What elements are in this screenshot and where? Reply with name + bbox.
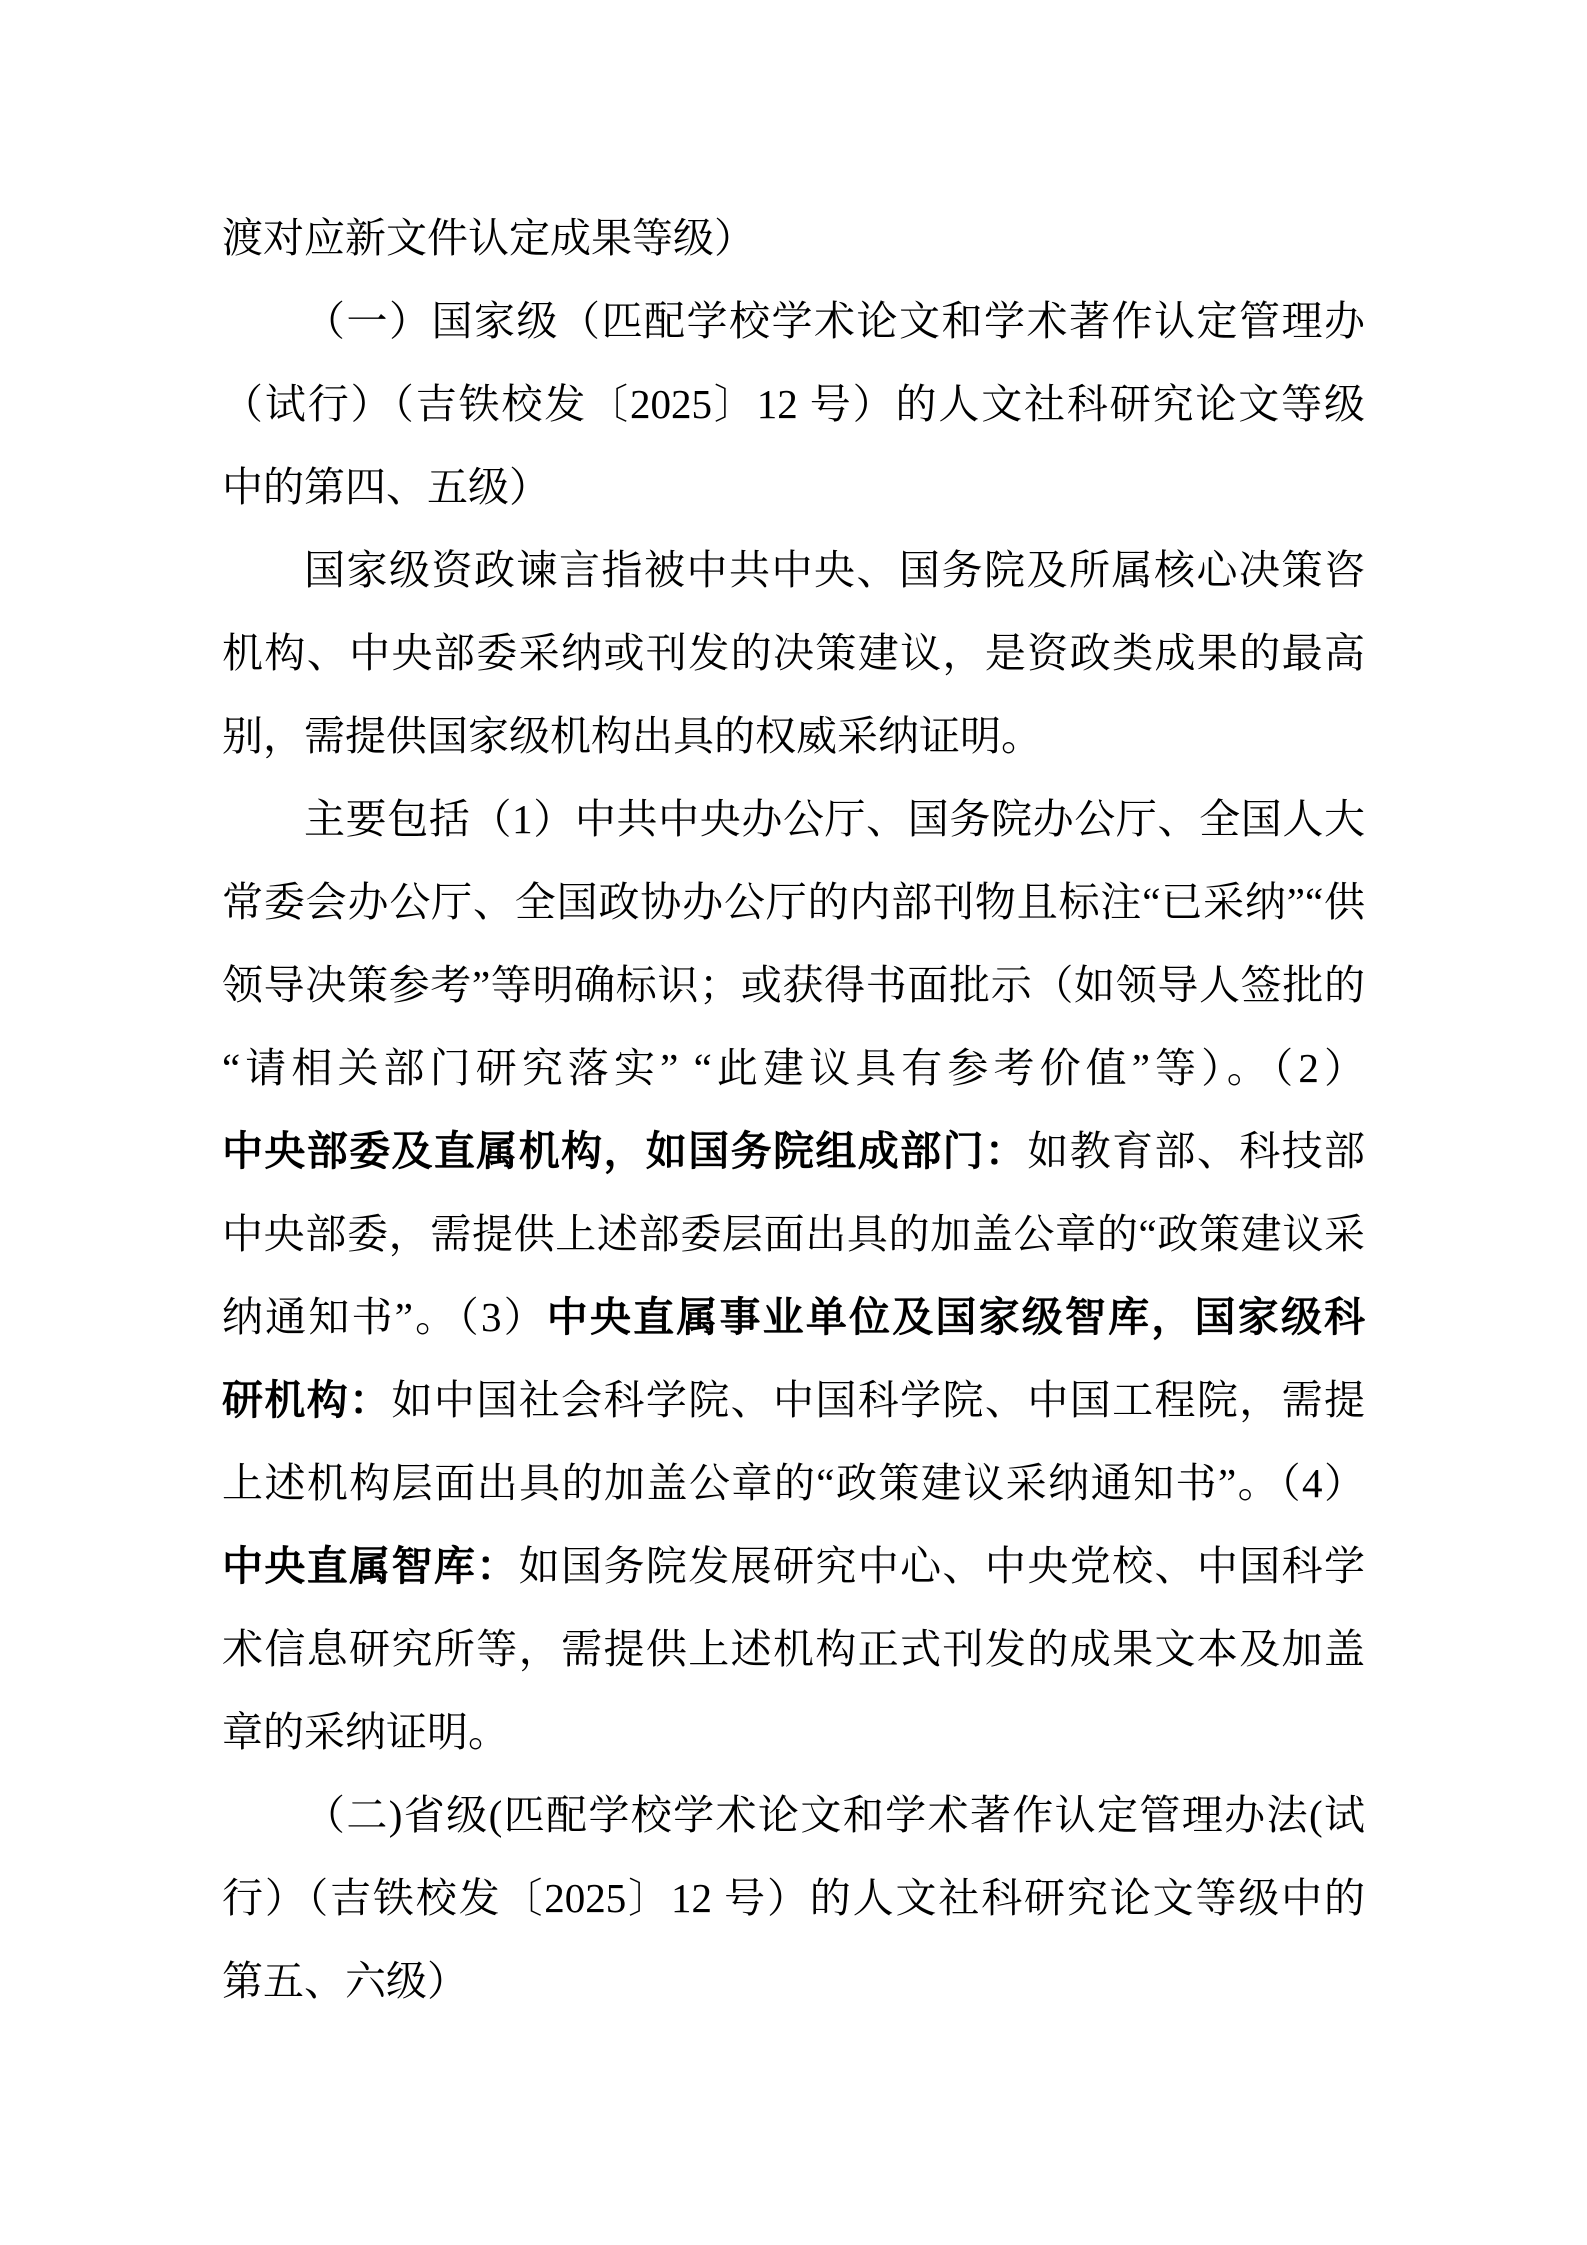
text-line: 术信息研究所等，需提供上述机构正式刊发的成果文本及加盖公: [222, 1608, 1365, 1691]
text-line: 国家级资政谏言指被中共中央、国务院及所属核心决策咨询: [222, 529, 1365, 612]
text-line: 中央直属智库：如国务院发展研究中心、中央党校、中国科学技: [222, 1525, 1365, 1608]
text-segment: （一）国家级（匹配学校学术论文和学术著作认定管理办法: [304, 298, 1365, 363]
text-segment: 主要包括（1）中共中央办公厅、国务院办公厅、全国人大: [304, 796, 1365, 842]
text-line: （一）国家级（匹配学校学术论文和学术著作认定管理办法: [222, 280, 1365, 363]
text-segment: （试行）（吉铁校发〔2025〕12 号）的人文社科研究论文等级: [222, 381, 1365, 427]
bold-text-segment: 中央部委及直属机构，如国务院组成部门：: [222, 1128, 1027, 1174]
text-segment: 中的第四、五级）: [222, 464, 550, 510]
bold-text-segment: 研机构：: [222, 1377, 392, 1423]
text-segment: 上述机构层面出具的加盖公章的“政策建议采纳通知书”。（4）: [222, 1460, 1365, 1506]
text-segment: 章的采纳证明。: [222, 1709, 509, 1755]
text-line: 主要包括（1）中共中央办公厅、国务院办公厅、全国人大: [222, 778, 1365, 861]
text-segment: 常委会办公厅、全国政协办公厅的内部刊物且标注“已采纳”“供: [222, 879, 1365, 925]
text-line: 纳通知书”。（3）中央直属事业单位及国家级智库，国家级科: [222, 1276, 1365, 1359]
text-segment: 别，需提供国家级机构出具的权威采纳证明。: [222, 713, 1042, 759]
text-line: 第五、六级）: [222, 1940, 1365, 2023]
text-line: 常委会办公厅、全国政协办公厅的内部刊物且标注“已采纳”“供: [222, 861, 1365, 944]
text-segment: 机构、中央部委采纳或刊发的决策建议，是资政类成果的最高级: [222, 630, 1365, 695]
text-line: （二)省级(匹配学校学术论文和学术著作认定管理办法(试: [222, 1774, 1365, 1857]
text-line: “请相关部门研究落实” “此建议具有参考价值”等）。（2）: [222, 1027, 1365, 1110]
text-line: 章的采纳证明。: [222, 1691, 1365, 1774]
text-segment: 中央部委，需提供上述部委层面出具的加盖公章的“政策建议采: [222, 1211, 1365, 1257]
text-line: 中的第四、五级）: [222, 446, 1365, 529]
document-page: 渡对应新文件认定成果等级）（一）国家级（匹配学校学术论文和学术著作认定管理办法（…: [0, 0, 1587, 2245]
text-segment: （二)省级(匹配学校学术论文和学术著作认定管理办法(试: [304, 1792, 1365, 1838]
text-segment: “请相关部门研究落实” “此建议具有参考价值”等）。（2）: [222, 1045, 1365, 1091]
text-segment: 如中国社会科学院、中国科学院、中国工程院，需提供: [222, 1377, 1365, 1442]
text-line: 研机构：如中国社会科学院、中国科学院、中国工程院，需提供: [222, 1359, 1365, 1442]
text-line: 中央部委，需提供上述部委层面出具的加盖公章的“政策建议采: [222, 1193, 1365, 1276]
text-segment: 国家级资政谏言指被中共中央、国务院及所属核心决策咨询: [304, 547, 1365, 612]
text-line: 中央部委及直属机构，如国务院组成部门：如教育部、科技部等: [222, 1110, 1365, 1193]
text-line: 机构、中央部委采纳或刊发的决策建议，是资政类成果的最高级: [222, 612, 1365, 695]
text-segment: 术信息研究所等，需提供上述机构正式刊发的成果文本及加盖公: [222, 1626, 1365, 1691]
text-segment: 行）（吉铁校发〔2025〕12 号）的人文社科研究论文等级中的: [222, 1875, 1365, 1921]
text-line: 上述机构层面出具的加盖公章的“政策建议采纳通知书”。（4）: [222, 1442, 1365, 1525]
document-body: 渡对应新文件认定成果等级）（一）国家级（匹配学校学术论文和学术著作认定管理办法（…: [222, 197, 1365, 2023]
text-segment: 领导决策参考”等明确标识；或获得书面批示（如领导人签批的: [222, 962, 1365, 1008]
text-line: 别，需提供国家级机构出具的权威采纳证明。: [222, 695, 1365, 778]
bold-text-segment: 中央直属智库：: [222, 1543, 519, 1589]
bold-text-segment: 中央直属事业单位及国家级智库，国家级科: [547, 1294, 1365, 1340]
text-line: （试行）（吉铁校发〔2025〕12 号）的人文社科研究论文等级: [222, 363, 1365, 446]
text-segment: 第五、六级）: [222, 1958, 468, 2004]
text-line: 渡对应新文件认定成果等级）: [222, 197, 1365, 280]
text-segment: 渡对应新文件认定成果等级）: [222, 215, 755, 261]
text-line: 领导决策参考”等明确标识；或获得书面批示（如领导人签批的: [222, 944, 1365, 1027]
text-line: 行）（吉铁校发〔2025〕12 号）的人文社科研究论文等级中的: [222, 1857, 1365, 1940]
text-segment: 纳通知书”。（3）: [222, 1294, 547, 1340]
